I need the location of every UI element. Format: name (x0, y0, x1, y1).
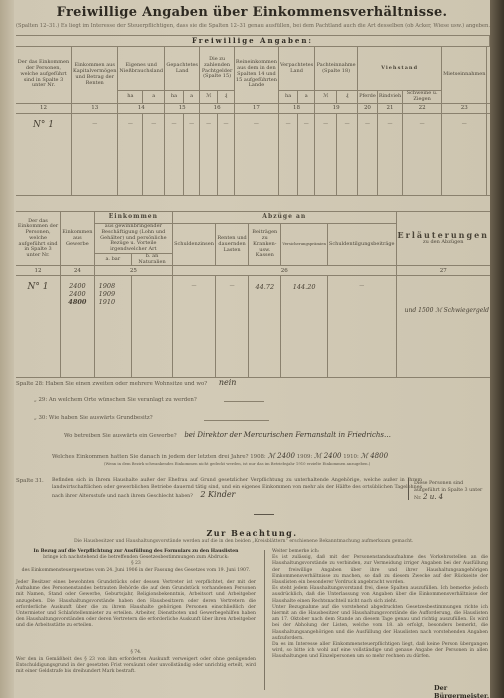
left-heading-sub: bringe ich nachstehend die betreffenden … (43, 555, 229, 560)
debt-interest-cell[interactable]: — (173, 276, 216, 378)
col-num: 13 (72, 103, 118, 113)
voluntary-info-table: Freiwillige Angaben: Der das Einkommen d… (16, 35, 490, 196)
income-kind-header: b. an Naturalien (131, 253, 172, 266)
right-body-4: Da es im Interesse aller Einkommensteuer… (272, 642, 488, 661)
side-answer[interactable]: 2 u. 4 (423, 493, 443, 501)
col-num: 26 (173, 266, 396, 276)
book-spine (490, 0, 504, 698)
person-number[interactable]: N° 1 (16, 276, 61, 378)
unit-ha: ha (278, 91, 297, 104)
para-74-title: § 74. (16, 650, 256, 656)
cell-c14-ha[interactable]: — (118, 113, 143, 195)
question-text: Wie haben Sie auswärts Grundbesitz? (49, 415, 153, 421)
col-16-header: Die zu zahlenden Pachtgelder (Spalte 15) (200, 47, 235, 91)
income-kind-cell[interactable] (131, 276, 172, 378)
insurance-fund-header: Beiträgen zu Kranken- usw. Kassen (249, 224, 281, 266)
trade-income-1910: 4800 (62, 298, 93, 306)
col-num: 19 (315, 103, 358, 113)
col-18-header: Verpachtetes Land (278, 47, 314, 91)
col-num: 25 (94, 266, 172, 276)
income-note: (Wenn in dem Bezirk schwankendes Einkomm… (104, 461, 370, 466)
unit-pfennig: ₰ (217, 91, 234, 104)
insurance-premium-cell[interactable]: 144.20 (281, 276, 328, 378)
annuities-header: Renten und dauernden Lasten (215, 224, 248, 266)
cell-c18-a[interactable]: — (298, 113, 315, 195)
col-num: 20 (358, 103, 378, 113)
col-12-header: Der das Einkommen der Personen, welche a… (16, 212, 61, 266)
year-cell[interactable]: 1908 1909 1910 (94, 276, 131, 378)
income-cash-header: a. bar (94, 253, 131, 266)
cell-c18-ha[interactable]: — (278, 113, 297, 195)
livestock-header: Viehstand (358, 47, 442, 91)
col-23-header: Mietseinnahmen (442, 47, 487, 104)
question-text: Haben Sie einen zweiten oder mehrere Woh… (46, 381, 208, 387)
col-num: 15 (165, 103, 200, 113)
answer-trade[interactable]: bei Direktor der Mercurischen Fernanstal… (184, 431, 391, 439)
notice-subtitle: Die Hausbesitzer und Haushaltungsvorstän… (74, 539, 413, 544)
deductions-header: Abzüge an (173, 212, 396, 224)
answer-28[interactable]: nein (219, 378, 237, 387)
year-label: 1908: (250, 454, 266, 460)
page-title: Freiwillige Angaben über Einkommensverhä… (14, 5, 490, 20)
unit-ha: ha (118, 91, 143, 104)
annuities-cell[interactable]: — (215, 276, 248, 378)
table-band-title: Freiwillige Angaben: (16, 36, 490, 47)
form-page: Freiwillige Angaben über Einkommensverhä… (14, 0, 490, 698)
col-12-header: Der das Einkommen der Personen, welche a… (16, 47, 72, 104)
para-23-body: Jeder Besitzer eines bewohnten Grundstüc… (16, 580, 256, 630)
column-divider (264, 550, 265, 690)
question-28: Spalte 28: Haben Sie einen zweiten oder … (16, 378, 236, 387)
para-74-body: Wer den in Gemäßheit des § 23 von ihm er… (16, 657, 256, 676)
question-text: Welches Einkommen hatten Sie danach in j… (52, 454, 248, 460)
notice-right: Weiter bemerke ich: Es ist zulässig, daß… (272, 549, 488, 661)
cell-c16-pf[interactable]: — (217, 113, 234, 195)
table-row: N° 1 — — — — — — — — — — — — — — — — (16, 113, 490, 195)
right-body-1: Es ist zulässig, daß mit der Personensta… (272, 555, 488, 586)
income-header: Einkommen (94, 212, 172, 224)
cell-c19-pf[interactable]: — (337, 113, 358, 195)
spalte-31-text: Befinden sich in Ihrem Haushalte außer d… (52, 477, 422, 500)
cell-c21[interactable]: — (377, 113, 402, 195)
question-text: Wo betreiben Sie auswärts ein Gewerbe? (64, 433, 177, 439)
unit-a: a (298, 91, 315, 104)
divider (408, 478, 409, 500)
answer-30-line[interactable] (204, 420, 269, 421)
col-num: 12 (16, 103, 72, 113)
question-label: „ 29: (34, 397, 47, 403)
col-num: 14 (118, 103, 165, 113)
year-label: 1909: (297, 454, 313, 460)
col-15-header: Gepachtetes Land (165, 47, 200, 91)
income-1908[interactable]: ℳ 2400 (267, 452, 295, 460)
question-label: Spalte 28: (16, 381, 44, 387)
debt-repayment-header: Schuldentilgungsbeiträge (327, 224, 396, 266)
unit-a: a (183, 91, 199, 104)
insurance-premium-header: Versicherungsprämien (281, 224, 328, 266)
cell-c14-a[interactable]: — (143, 113, 165, 195)
cell-c15-ha[interactable]: — (165, 113, 184, 195)
income-1910[interactable]: ℳ 4800 (361, 452, 389, 460)
signature: Der Bürgermeister. (434, 684, 490, 698)
cell-c23[interactable]: — (442, 113, 487, 195)
explanations-header: Erläuterungen zu den Abzügen (396, 212, 490, 266)
trade-income-cell[interactable]: 2400 2400 4800 (61, 276, 95, 378)
cell-c19-m[interactable]: — (315, 113, 337, 195)
col-19-header: Pachteinnahme (Spalte 18) (315, 47, 358, 91)
col-num: 18 (278, 103, 314, 113)
livestock-cattle: Rindvieh (377, 91, 402, 104)
income-deductions-table: Der das Einkommen der Personen, welche a… (16, 211, 490, 378)
col-14-header: Eigenes und Nießbrauchsland (118, 47, 165, 91)
livestock-horses: Pferde (358, 91, 378, 104)
trade-income-1909: 2400 (62, 290, 93, 298)
income-question: Welches Einkommen hatten Sie danach in j… (52, 452, 388, 460)
spalte-31-label: Spalte 31. (16, 478, 44, 484)
year-1909: 1909 (99, 290, 130, 298)
year-label: 1910: (343, 454, 359, 460)
insurance-fund-cell[interactable]: 44.72 (249, 276, 281, 378)
instructions-note: (Spalten 12–31.) Es liegt im Interesse d… (16, 23, 490, 29)
question-29: „ 29: An welchem Orte wünschen Sie veran… (34, 397, 197, 403)
col-24-header: Einkommen aus Gewerbe (61, 212, 95, 266)
cell-c20[interactable]: — (358, 113, 378, 195)
page-left-edge (0, 0, 14, 698)
question-text: An welchem Orte wünschen Sie veranlagt z… (49, 397, 197, 403)
col-num: 27 (396, 266, 490, 276)
unit-mark: ℳ (315, 91, 337, 104)
cell-c15-a[interactable]: — (183, 113, 199, 195)
income-1909[interactable]: ℳ 2400 (314, 452, 342, 460)
col-num: 16 (200, 103, 235, 113)
question-30: „ 30: Wie haben Sie auswärts Grundbesitz… (34, 415, 153, 421)
explanation-cell[interactable]: und 1500 ℳ Schwiegergeld (396, 276, 490, 378)
col-num: 21 (377, 103, 402, 113)
table-row: N° 1 2400 2400 4800 1908 1909 1910 — — 4… (16, 276, 490, 378)
unit-ha: ha (165, 91, 184, 104)
year-1910: 1910 (99, 298, 130, 306)
notice-title: Zur Beachtung. (14, 528, 490, 538)
trade-income-1908: 2400 (62, 282, 93, 290)
year-1908: 1908 (99, 282, 130, 290)
spalte-31-answer[interactable]: 2 Kinder (200, 490, 235, 499)
explanations-subtitle: zu den Abzügen (398, 240, 489, 246)
income-desc: aus gewinnbringender Beschäftigung (Lohn… (94, 224, 172, 254)
cell-c13[interactable]: — (72, 113, 118, 195)
col-num: 24 (61, 266, 95, 276)
spalte-31-question: Befinden sich in Ihrem Haushalte außer d… (52, 478, 422, 499)
person-number[interactable]: N° 1 (16, 113, 72, 195)
col-num: 17 (234, 103, 278, 113)
notice-left-heading: In Bezug auf die Verpflichtung zur Ausfü… (16, 549, 256, 574)
column-numbers-row: 12 24 25 26 27 (16, 266, 490, 276)
col-num: 22 (403, 103, 442, 113)
left-heading-bold: In Bezug auf die Verpflichtung zur Ausfü… (34, 549, 239, 554)
debt-repayment-cell[interactable]: — (327, 276, 396, 378)
separator-rule (254, 514, 274, 515)
cell-c16-m[interactable]: — (200, 113, 218, 195)
cell-c22[interactable]: — (403, 113, 442, 195)
para-23-sub: des Einkommensteuergesetzes vom 24. Juni… (22, 568, 251, 573)
question-label: „ 30: (34, 415, 47, 421)
spalte-31-side: Diese Personen sind aufgeführt in Spalte… (414, 480, 488, 502)
right-body-2: Es steht jedem Haushaltungsvorstand frei… (272, 586, 488, 605)
para-23-title: § 23 (131, 561, 141, 566)
answer-29-line[interactable] (224, 401, 264, 402)
debt-interest-header: Schuldenzinsen (173, 224, 216, 266)
col-13-header: Einkommen aus Kapitalvermögen und Betrag… (72, 47, 118, 104)
question-trade: Wo betreiben Sie auswärts ein Gewerbe? b… (64, 431, 391, 439)
cell-c17[interactable]: — (234, 113, 278, 195)
column-numbers-row: 12 13 14 15 16 17 18 19 20 21 22 23 (16, 103, 490, 113)
col-17-header: Reineinkommen aus dem in den Spalten 14 … (234, 47, 278, 104)
right-body-3: Unter Bezugnahme auf die vorstehend abge… (272, 605, 488, 642)
unit-pfennig: ₰ (337, 91, 358, 104)
col-num: 23 (442, 103, 487, 113)
livestock-pigs-goats: Schweine u. Ziegen (403, 91, 442, 104)
unit-a: a (143, 91, 165, 104)
unit-mark: ℳ (200, 91, 218, 104)
col-num: 12 (16, 266, 61, 276)
